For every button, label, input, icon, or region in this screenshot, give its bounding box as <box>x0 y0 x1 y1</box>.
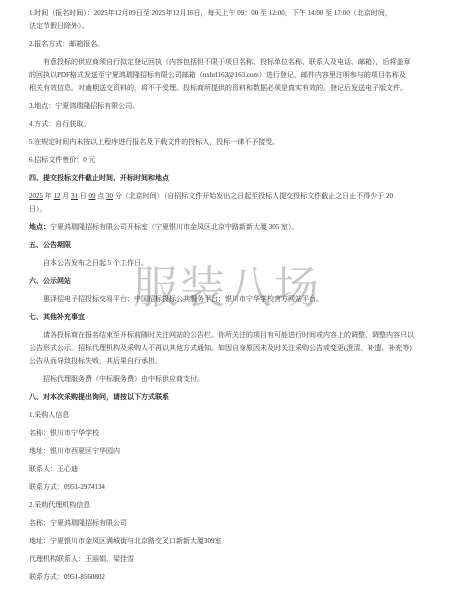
agency-name: 名称：宁夏鸿瑞隆招标有限公司 <box>29 517 421 530</box>
deadline-hour: 09 <box>89 192 96 200</box>
document-page: 服装八场 1.时间（报名时间）：2025年12月09日至 2025年12月16日… <box>0 0 450 600</box>
open-location-text: 宁夏鸿瑞隆招标有限公司开标室（宁夏银川市金凤区北京中路新新大厦 305 室）。 <box>50 223 299 231</box>
deadline-sep-3: 日 <box>78 192 89 200</box>
paragraph-agency-fee: 招标代理服务费（中标服务费）由中标供应商支付。 <box>29 373 421 386</box>
purchaser-heading: 1.采购人信息 <box>29 409 421 422</box>
deadline-year: 2025 <box>29 192 43 200</box>
purchaser-phone: 联系方式：0951-2974134 <box>29 481 421 494</box>
section-title-5: 五、公告期限 <box>29 239 421 252</box>
purchaser-contact: 联系人：王心迪 <box>29 463 421 476</box>
paragraph-open-location: 地点：宁夏鸿瑞隆招标有限公司开标室（宁夏银川市金凤区北京中路新新大厦 305 室… <box>29 221 421 234</box>
agency-phone: 联系方式：0951-8560802 <box>29 571 421 584</box>
deadline-sep-4: 点 <box>96 192 107 200</box>
paragraph-signup-method: 2.报名方式：邮箱报名。 <box>29 38 421 51</box>
paragraph-late-rule: 5.在规定时间内未按以上程序进行报名及下载文件的投标人，投标一律不予接受。 <box>29 136 421 149</box>
paragraph-notice-period: 自本公告发布之日起 5 个工作日。 <box>29 257 421 270</box>
purchaser-name: 名称：银川市宁华学校 <box>29 427 421 440</box>
section-title-7: 七、其他补充事宜 <box>29 311 421 324</box>
deadline-minute: 30 <box>106 192 113 200</box>
section-title-6: 六、公示网站 <box>29 275 421 288</box>
open-location-label: 地点： <box>29 223 50 231</box>
paragraph-signup-time: 1.时间（报名时间）：2025年12月09日至 2025年12月16日，每天上午… <box>29 7 421 33</box>
agency-address: 地址：宁夏银川市金凤区满城街与北京路交叉口新新大厦309室 <box>29 535 421 548</box>
section-title-8: 八、对本次采购提出询问，请按以下方式联系 <box>29 391 421 404</box>
paragraph-obtain-method: 4.方式：自行获取。 <box>29 118 421 131</box>
paragraph-supplement: 请各投标商在报名结束至开标前随时关注网站的公告栏。你所关注的项目有可能进行时间或… <box>29 329 421 368</box>
paragraph-publicity-sites: 惠泽招电子招投标交易平台；中国招标投标公共服务平台；银川市宁华学校官方网站平台。 <box>29 293 421 306</box>
agency-contact: 代理机构联系人：王丽娟、梁佳雪 <box>29 553 421 566</box>
paragraph-signup-location: 3.地点：宁夏鸿瑞隆招标有限公司。 <box>29 100 421 113</box>
paragraph-deadline: 2025 年 12 月 31 日 09 点 30 分（北京时间）（自招标文件开始… <box>29 190 421 216</box>
deadline-day: 31 <box>71 192 78 200</box>
paragraph-signup-detail: 有意投标的供应商须自行拟定登记回执（内容包括但不限于项目名称、投标单位名称、联系… <box>29 56 421 95</box>
deadline-sep-1: 年 <box>43 192 54 200</box>
paragraph-doc-price: 6.招标文件售价：0 元 <box>29 154 421 167</box>
deadline-month: 12 <box>54 192 61 200</box>
section-title-4: 四、提交投标文件截止时间、开标时间和地点 <box>29 172 421 185</box>
agency-heading: 2.采购代理机构信息 <box>29 499 421 512</box>
deadline-sep-2: 月 <box>61 192 72 200</box>
purchaser-address: 地址：银川市西夏区宁华园内 <box>29 445 421 458</box>
